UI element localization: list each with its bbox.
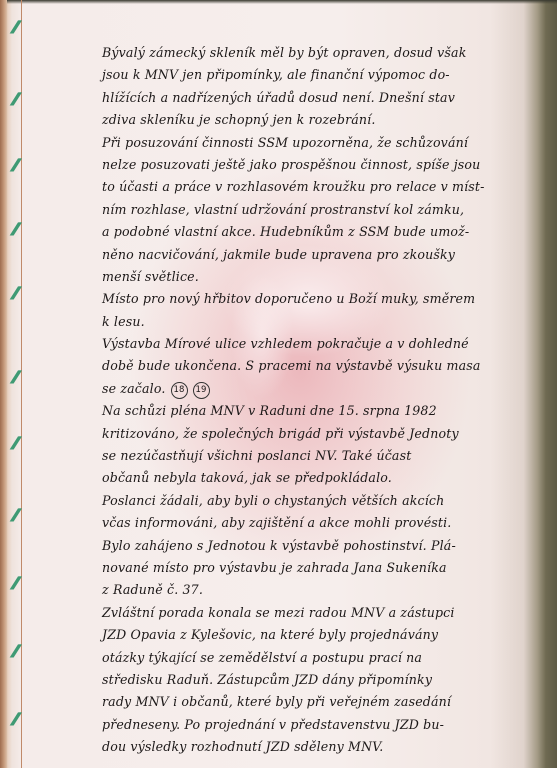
text-line-content: kritizováno, že společných brigád při vý…	[102, 426, 459, 441]
text-line: JZD Opavia z Kylešovic, na které byly pr…	[102, 624, 542, 646]
margin-marks: /////////////////////////////////	[14, 0, 34, 768]
text-line-content: občanů nebyla taková, jak se předpokláda…	[102, 470, 392, 485]
green-margin-mark-icon: ///	[10, 88, 31, 110]
text-line-content: menší světlice.	[102, 269, 199, 284]
text-line: Na schůzi pléna MNV v Raduni dne 15. srp…	[102, 400, 542, 422]
book-binding-edge	[0, 0, 7, 768]
text-line-content: se nezúčastňují všichni poslanci NV. Tak…	[102, 448, 411, 463]
green-margin-mark-icon: ///	[10, 708, 31, 730]
circled-number: 19	[193, 382, 210, 399]
green-margin-mark-icon: ///	[10, 16, 31, 38]
green-margin-mark-icon: ///	[10, 640, 31, 662]
text-line-content: středisku Raduň. Zástupcům JZD dány přip…	[102, 672, 432, 687]
text-line-content: Na schůzi pléna MNV v Raduni dne 15. srp…	[102, 403, 437, 418]
text-line: rady MNV i občanů, které byly při veřejn…	[102, 691, 542, 713]
text-line: Místo pro nový hřbitov doporučeno u Boží…	[102, 288, 542, 310]
text-line: ním rozhlase, vlastní udržování prostran…	[102, 199, 542, 221]
text-line: době bude ukončena. S pracemi na výstavb…	[102, 355, 542, 377]
text-line-content: Poslanci žádali, aby byli o chystaných v…	[102, 493, 444, 508]
text-line: k lesu.	[102, 311, 542, 333]
page-top-shadow	[0, 0, 557, 4]
green-margin-mark-icon: ///	[10, 282, 31, 304]
text-line-content: z Raduně č. 37.	[102, 582, 203, 597]
text-line: hlížících a nadřízených úřadů dosud není…	[102, 87, 542, 109]
text-line: otázky týkající se zemědělství a postupu…	[102, 647, 542, 669]
text-line-content: to účasti a práce v rozhlasovém kroužku …	[102, 179, 485, 194]
text-line-content: JZD Opavia z Kylešovic, na které byly pr…	[102, 627, 438, 642]
text-line: Bývalý zámecký skleník měl by být oprave…	[102, 42, 542, 64]
text-line: nované místo pro výstavbu je zahrada Jan…	[102, 557, 542, 579]
scanned-page: ///////////////////////////////// Bývalý…	[0, 0, 557, 768]
text-line-content: zdiva skleníku je schopný jen k rozebrán…	[102, 112, 376, 127]
text-line-content: jsou k MNV jen připomínky, ale finanční …	[102, 67, 450, 82]
text-line-content: Výstavba Mírové ulice vzhledem pokračuje…	[102, 336, 469, 351]
text-line-content: předneseny. Po projednání v představenst…	[102, 717, 444, 732]
text-line: a podobné vlastní akce. Hudebníkům z SSM…	[102, 221, 542, 243]
text-line-content: k lesu.	[102, 314, 145, 329]
green-margin-mark-icon: ///	[10, 366, 31, 388]
text-line: menší světlice.	[102, 266, 542, 288]
text-line: kritizováno, že společných brigád při vý…	[102, 423, 542, 445]
text-line: nelze posuzovati ještě jako prospěšnou č…	[102, 154, 542, 176]
green-margin-mark-icon: ///	[10, 504, 31, 526]
text-line-content: něno nacvičování, jakmile bude upravena …	[102, 247, 455, 262]
text-line-content: nelze posuzovati ještě jako prospěšnou č…	[102, 157, 480, 172]
text-line-content: Při posuzování činnosti SSM upozorněna, …	[102, 135, 468, 150]
text-line-content: dou výsledky rozhodnutí JZD sděleny MNV.	[102, 739, 383, 754]
green-margin-mark-icon: ///	[10, 432, 31, 454]
text-line: Při posuzování činnosti SSM upozorněna, …	[102, 132, 542, 154]
text-line: Poslanci žádali, aby byli o chystaných v…	[102, 490, 542, 512]
text-line-content: Bylo zahájeno s Jednotou k výstavbě poho…	[102, 538, 456, 553]
green-margin-mark-icon: ///	[10, 218, 31, 240]
text-line: občanů nebyla taková, jak se předpokláda…	[102, 467, 542, 489]
text-line: Bylo zahájeno s Jednotou k výstavbě poho…	[102, 535, 542, 557]
green-margin-mark-icon: ///	[10, 154, 31, 176]
text-line: Zvláštní porada konala se mezi radou MNV…	[102, 602, 542, 624]
text-line-content: době bude ukončena. S pracemi na výstavb…	[102, 358, 481, 373]
text-line-content: Bývalý zámecký skleník měl by být oprave…	[102, 45, 466, 60]
text-line: z Raduně č. 37.	[102, 579, 542, 601]
text-line: předneseny. Po projednání v představenst…	[102, 714, 542, 736]
text-line-content: rady MNV i občanů, které byly při veřejn…	[102, 694, 451, 709]
text-line-content: nované místo pro výstavbu je zahrada Jan…	[102, 560, 447, 575]
text-line-content: hlížících a nadřízených úřadů dosud není…	[102, 90, 455, 105]
circled-number: 18	[171, 382, 188, 399]
text-line-content: otázky týkající se zemědělství a postupu…	[102, 650, 422, 665]
handwritten-text-body: Bývalý zámecký skleník měl by být oprave…	[102, 42, 542, 759]
text-line: včas informováni, aby zajištění a akce m…	[102, 512, 542, 534]
text-line-content: včas informováni, aby zajištění a akce m…	[102, 515, 451, 530]
text-line-content: Místo pro nový hřbitov doporučeno u Boží…	[102, 291, 475, 306]
text-line: Výstavba Mírové ulice vzhledem pokračuje…	[102, 333, 542, 355]
text-line: zdiva skleníku je schopný jen k rozebrán…	[102, 109, 542, 131]
text-line: dou výsledky rozhodnutí JZD sděleny MNV.	[102, 736, 542, 758]
text-line-content: se začalo.	[102, 381, 166, 396]
green-margin-mark-icon: ///	[10, 572, 31, 594]
text-line: jsou k MNV jen připomínky, ale finanční …	[102, 64, 542, 86]
text-line: se začalo.1819	[102, 378, 542, 400]
text-line: se nezúčastňují všichni poslanci NV. Tak…	[102, 445, 542, 467]
text-line-content: a podobné vlastní akce. Hudebníkům z SSM…	[102, 224, 469, 239]
text-line-content: Zvláštní porada konala se mezi radou MNV…	[102, 605, 455, 620]
text-line: to účasti a práce v rozhlasovém kroužku …	[102, 176, 542, 198]
text-line: něno nacvičování, jakmile bude upravena …	[102, 244, 542, 266]
text-line-content: ním rozhlase, vlastní udržování prostran…	[102, 202, 464, 217]
text-line: středisku Raduň. Zástupcům JZD dány přip…	[102, 669, 542, 691]
